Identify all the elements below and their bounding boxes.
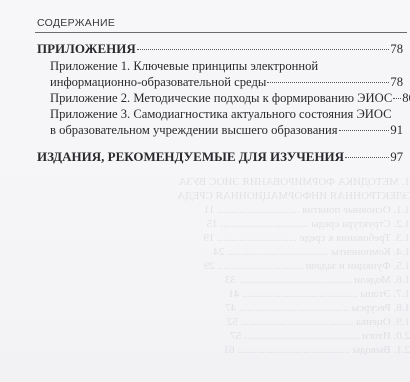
toc-entry-appendix-1-cont[interactable]: информационно-образовательной среды 78 [37, 74, 403, 90]
toc-title-line: в образовательном учреждении высшего обр… [50, 122, 338, 138]
toc-title-line: Приложение 2. Методические подходы к фор… [50, 90, 392, 106]
dot-leader [137, 48, 390, 50]
toc-entry-recommended-reading[interactable]: ИЗДАНИЯ, РЕКОМЕНДУЕМЫЕ ДЛЯ ИЗУЧЕНИЯ 97 [37, 148, 403, 166]
toc-page-number: 78 [390, 74, 403, 90]
toc-page-number: 86 [402, 90, 410, 106]
toc-entry-appendix-2[interactable]: Приложение 2. Методические подходы к фор… [37, 90, 403, 106]
header-rule [35, 32, 407, 33]
dot-leader [393, 97, 401, 99]
toc-entry-appendix-1[interactable]: Приложение 1. Ключевые принципы электрон… [37, 58, 403, 74]
toc-title-line: Приложение 3. Самодиагностика актуальног… [50, 106, 392, 122]
toc-page-number: 97 [390, 148, 403, 166]
book-page: 1. МЕТОДИКА ФОРМИРОВАНИЯ ЭИОС ВУЗА ЭЛЕКТ… [0, 0, 410, 382]
toc-entry-appendix-3-cont[interactable]: в образовательном учреждении высшего обр… [37, 122, 403, 138]
dot-leader [345, 156, 389, 158]
dot-leader [339, 129, 390, 131]
dot-leader [267, 81, 389, 83]
toc-entry-appendices[interactable]: ПРИЛОЖЕНИЯ 78 [37, 40, 403, 58]
toc-page-number: 91 [390, 122, 403, 138]
toc-title-line: Приложение 1. Ключевые принципы электрон… [50, 58, 318, 74]
toc-title: ИЗДАНИЯ, РЕКОМЕНДУЕМЫЕ ДЛЯ ИЗУЧЕНИЯ [37, 148, 344, 166]
show-through-text: 1. МЕТОДИКА ФОРМИРОВАНИЯ ЭИОС ВУЗА ЭЛЕКТ… [60, 175, 410, 382]
table-of-contents: ПРИЛОЖЕНИЯ 78 Приложение 1. Ключевые при… [37, 40, 403, 166]
running-head: СОДЕРЖАНИЕ [37, 17, 115, 29]
toc-page-number: 78 [390, 40, 403, 58]
toc-entry-appendix-3[interactable]: Приложение 3. Самодиагностика актуальног… [37, 106, 403, 122]
toc-title-line: информационно-образовательной среды [50, 74, 266, 90]
spacer [37, 138, 403, 148]
toc-title: ПРИЛОЖЕНИЯ [37, 40, 136, 58]
